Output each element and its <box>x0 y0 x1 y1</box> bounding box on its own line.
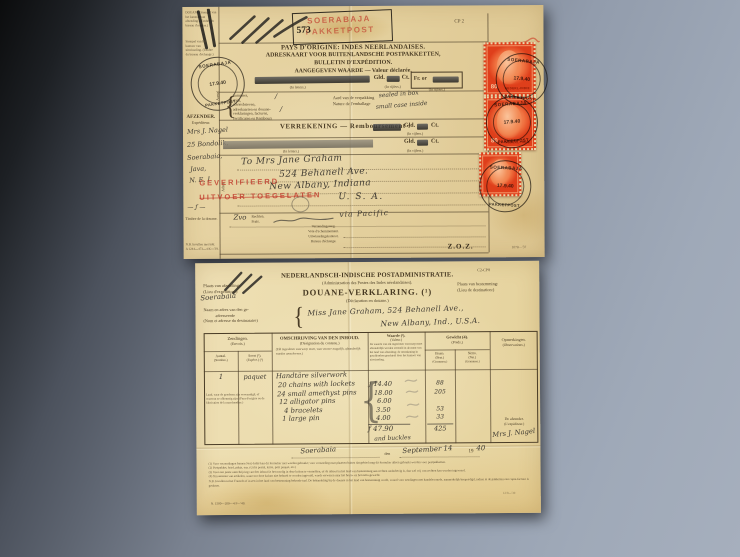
fr-sub-cijfers: (In cijfers.) <box>419 88 455 93</box>
address-line <box>237 204 485 206</box>
item-weight: 205 <box>425 389 455 396</box>
enclosure-tickmark: / <box>275 93 277 101</box>
rule <box>219 153 488 155</box>
gold-franc-box: Fr. or <box>411 71 463 88</box>
addressee-line-1: To Mrs Jane Graham <box>241 154 343 168</box>
item-value: 6.00 <box>377 398 392 405</box>
fee-handwriting: — ƒ — <box>187 205 205 212</box>
col-soort-fr: (Espèce.) (²) <box>238 359 272 363</box>
footer-print-note: N.B. Invullen met inkt. A 1244—473—4 K—'… <box>186 243 256 255</box>
col-omschrijving-fr: (Désignation du contenu.) <box>272 341 368 346</box>
photo-backdrop: DOUANE. Stempel van het kantoor van afze… <box>0 0 740 557</box>
margin-print-code: 1078—'37 <box>512 245 527 249</box>
nb-note: N.B. Invullen in het Fransch of in een i… <box>209 478 531 489</box>
pencil-circle <box>291 196 309 212</box>
postmark: SOERABAJA 17.9.40 PAKKETPOST <box>484 94 540 150</box>
item-value: 3.50 <box>376 406 391 413</box>
total-note: and buckles <box>374 435 411 443</box>
cod2-sub-cijfers: (In cijfers.) <box>407 149 423 153</box>
exchange-line <box>344 236 486 238</box>
sender-box-label-fr: (L'expéditeur.) <box>490 422 538 426</box>
value-sub-letters: (In letters.) <box>278 85 318 90</box>
customs-stamp-label: Timbre de la douane. <box>184 217 218 222</box>
col-zendingen: Zendingen. <box>204 336 272 342</box>
print-code-left-text: N. 1500—200—4 F—'40. <box>211 502 281 507</box>
item-weight: 88 <box>425 380 455 387</box>
paper-fold <box>196 445 540 450</box>
counterfoil-exchange-note-text: Stempel van het kantoor van uitwisseling… <box>186 40 217 56</box>
addressee-label-3: (Nom et adresse du destinataire) <box>204 318 258 323</box>
redaction-bar <box>387 76 400 82</box>
sender-island: Java, <box>190 165 206 173</box>
omschrijving-note-text: (Elk ingesloten voorwerp moet, voor zoov… <box>276 347 364 356</box>
cod2-sub-letters: (In letters.) <box>283 149 299 153</box>
postmark-service: PAKKETPOST <box>479 201 529 208</box>
year-print: 19 <box>468 449 473 455</box>
fees-label-fr: Frais. <box>251 219 259 223</box>
print-code-right: 12/9—'39 <box>503 492 516 496</box>
sender-name: Mrs J. Nagel <box>187 127 228 136</box>
waarde-note-text: De waarde van elk ingesloten voorwerp mo… <box>370 343 423 363</box>
col-gewicht-fr: (Poids.) <box>425 340 490 345</box>
print-code-left: N. 1500—200—4 F—'40. <box>211 502 281 510</box>
redaction-bar <box>373 124 401 131</box>
value-sub-cijfers: (In cijfers.) <box>375 85 411 90</box>
form-bottom-border <box>220 252 489 254</box>
country-of-origin-note: Land, waar de goederen zijn vervaardigd,… <box>206 393 268 429</box>
arrival-box-office: SOERABAJA <box>307 14 371 26</box>
item-desc: 12 alligator pins <box>279 398 336 407</box>
parcel-number: 573 <box>296 25 311 37</box>
item-value: 18.00 <box>374 389 393 396</box>
value-ct-label: Ct. <box>402 75 410 82</box>
print-code: A 1244—473—4 K—'39. <box>186 247 219 251</box>
packing-label-fr: Nature de l'emballage <box>333 100 371 105</box>
form-code: CP 2 <box>454 19 464 25</box>
declaration-title-fr: (Déclaration en douane.) <box>195 297 539 305</box>
exchange-office-label-fr: Bureau d'échange. <box>294 239 354 244</box>
country-of-origin-note-text: Land, waar de goederen zijn vervaardigd,… <box>206 393 268 406</box>
addressee-value-2: New Albany, Ind., U.S.A. <box>380 317 480 329</box>
entry-soort: paquet <box>238 374 272 381</box>
route-line <box>229 225 485 227</box>
counterfoil-exchange-note: Stempel van het kantoor van uitwisseling… <box>186 40 217 56</box>
place-line <box>291 457 379 459</box>
year-handwritten: 40 <box>476 445 485 453</box>
waarde-note: De waarde van elk ingesloten voorwerp mo… <box>370 343 423 369</box>
fr-or-label: Fr. or <box>414 76 427 83</box>
redaction-bar <box>417 140 428 146</box>
route-note: Zvo <box>233 215 246 223</box>
enclosures-brace-label: Aantal <box>216 91 221 101</box>
packing-value-1: sealed in box <box>379 90 419 100</box>
cod-gld-label: Gld. <box>404 123 415 130</box>
item-value: ƒ 14.40 <box>369 380 392 387</box>
cod-sub-cijfers: (In cijfers.) <box>407 132 423 136</box>
col-bruto-unit: (Grammen.) <box>425 360 455 364</box>
den-label: den <box>384 452 390 457</box>
value-gld-label: Gld. <box>374 75 385 82</box>
addressee-brace: { <box>293 301 304 331</box>
destination-label-fr: (Lieu de destination:) <box>457 287 494 292</box>
total-value: ƒ 47.90 <box>368 426 393 434</box>
dispatch-route-label-fr: Voie d'acheminement. <box>294 229 354 234</box>
item-desc: Handtäre silverwork <box>276 371 347 380</box>
turn-over-label: Z.O.Z. <box>448 242 474 251</box>
ink-note: N.B. Invullen met inkt. <box>186 243 216 247</box>
date-line <box>399 456 479 458</box>
enclosure-item: certificaten en Rembours <box>233 116 272 121</box>
addressee-value-1: Miss Jane Graham, 524 Behanell Ave., <box>307 304 463 317</box>
col-waarde-fr: (Valeur.) <box>368 338 425 342</box>
packing-value-2: small case inside <box>376 101 428 111</box>
sender-city: Soerabaia, <box>187 153 223 162</box>
censor-stamp-line-1: GEVERIFIEERD <box>199 177 279 188</box>
item-value: 4.00 <box>376 414 391 421</box>
col-zendingen-fr: (Envois.) <box>204 342 272 347</box>
cod2-ct-label: Ct. <box>431 139 439 146</box>
item-weight: 53 <box>425 406 455 413</box>
total-weight: 425 <box>425 425 455 432</box>
customs-declaration-document: C2-CP8 NEDERLANDSCH-INDISCHE POSTADMINIS… <box>195 261 541 515</box>
arrival-box: SOERABAJA PAKKETPOST 573 <box>292 9 393 45</box>
pencil-marks <box>401 376 425 424</box>
col-opmerkingen-fr: (Observations.) <box>490 343 538 348</box>
entry-aantal: 1 <box>204 374 238 382</box>
footnotes-block: (1) Voor verzendingen binnen Ned.-Indië … <box>209 460 531 500</box>
redaction-bar <box>255 76 370 84</box>
omschrijving-note: (Elk ingesloten voorwerp moet, voor zoov… <box>276 347 364 368</box>
col-aantal-fr: (Nombre.) <box>204 359 238 363</box>
dispatch-note-document: DOUANE. Stempel van het kantoor van afze… <box>182 5 544 259</box>
col-gewicht: Gewicht (4). <box>425 334 490 339</box>
redaction-bar <box>417 124 428 130</box>
addressee-line-4: U. S. A. <box>338 193 383 203</box>
addressee-label-1: Naam en adres van den ge- <box>203 307 249 312</box>
route-via: via Pacific <box>339 209 389 219</box>
redaction-bar <box>433 77 459 83</box>
cod2-gld-label: Gld. <box>404 139 415 146</box>
addressee-label-2: adresseerde <box>215 312 235 317</box>
rule <box>219 136 488 138</box>
cod-ct-label: Ct. <box>431 123 439 130</box>
postmark: SOERABAJA 17.9.40 PAKKETPOST <box>478 159 532 213</box>
smudged-bar <box>223 140 373 150</box>
col-netto-unit: (Grammen.) <box>455 360 490 364</box>
enclosure-tickmark: / <box>280 106 282 114</box>
item-weight: 33 <box>425 414 455 421</box>
item-desc: 1 large pin <box>282 415 320 423</box>
sender-section-label-fr: Expéditeur. <box>183 121 219 126</box>
date-value: September 14 <box>402 445 452 456</box>
col-opmerkingen: Opmerkingen. <box>490 337 538 342</box>
place-value: Soerabaia <box>300 446 336 456</box>
arrival-box-service: PAKKETPOST <box>305 25 374 37</box>
